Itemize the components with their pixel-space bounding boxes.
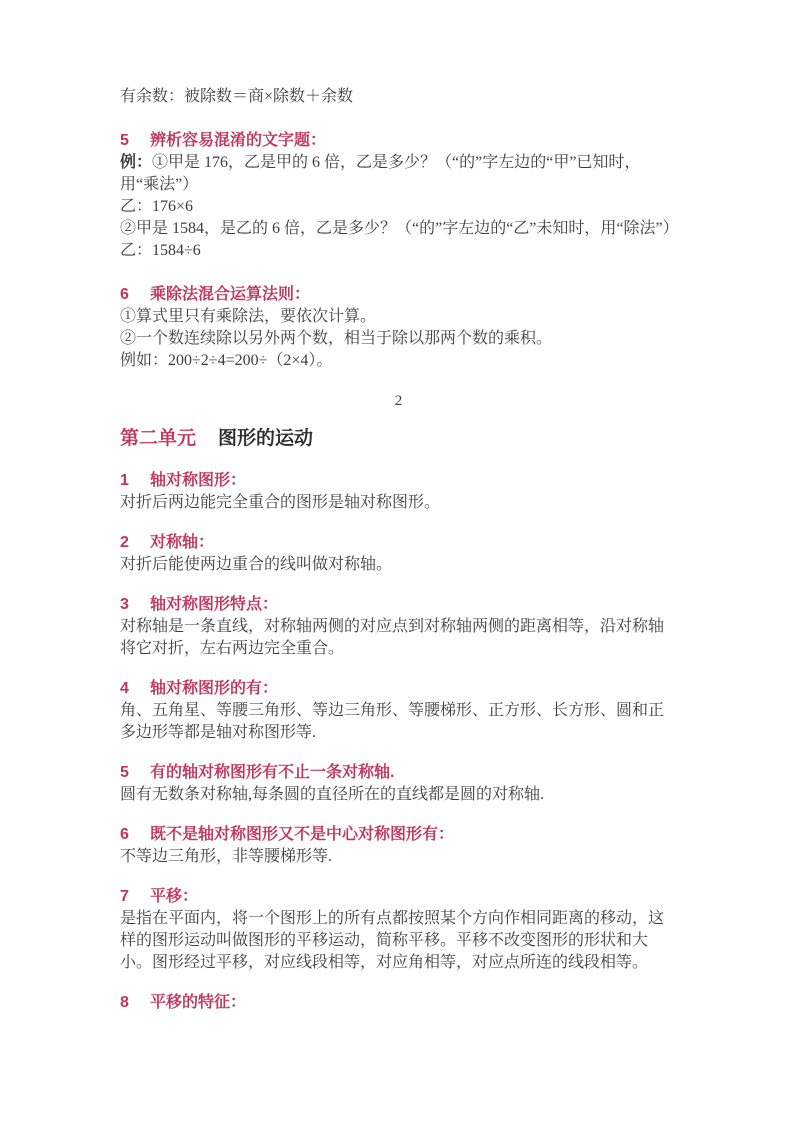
section-number: 5 <box>120 130 150 152</box>
section-title: 轴对称图形： <box>150 472 246 489</box>
paragraph-example: 例：①甲是 176，乙是甲的 6 倍，乙是多少？（“的”字左边的“甲”已知时，用… <box>120 152 677 196</box>
unit-label: 第二单元 <box>120 428 196 449</box>
unit-title-text: 图形的运动 <box>218 428 313 449</box>
section-title: 对称轴： <box>150 534 214 551</box>
section-number: 3 <box>120 594 150 616</box>
section-body: 是指在平面内，将一个图形上的所有点都按照某个方向作相同距离的移动，这样的图形运动… <box>120 908 677 974</box>
u2-section-heading-2: 2对称轴： <box>120 532 677 554</box>
unit-title: 第二单元图形的运动 <box>120 426 677 452</box>
page-content: 有余数：被除数＝商×除数＋余数 5辨析容易混淆的文字题： 例：①甲是 176，乙… <box>120 86 677 1014</box>
section-title: 轴对称图形特点： <box>150 596 278 613</box>
paragraph-lead: 例： <box>120 154 152 171</box>
section-number: 7 <box>120 886 150 908</box>
u2-section-heading-7: 7平移： <box>120 886 677 908</box>
section-body: 圆有无数条对称轴,每条圆的直径所在的直线都是圆的对称轴. <box>120 784 677 806</box>
section-title: 轴对称图形的有： <box>150 680 278 697</box>
paragraph: 例如：200÷2÷4=200÷（2×4）。 <box>120 350 677 372</box>
section-title: 平移： <box>150 888 198 905</box>
section-number: 5 <box>120 762 150 784</box>
paragraph: 乙：176×6 <box>120 196 677 218</box>
section-body: 角、五角星、等腰三角形、等边三角形、等腰梯形、正方形、长方形、圆和正多边形等都是… <box>120 700 677 744</box>
section-heading-5: 5辨析容易混淆的文字题： <box>120 130 677 152</box>
section-title: 平移的特征： <box>150 994 246 1011</box>
section-number: 2 <box>120 532 150 554</box>
section-number: 1 <box>120 470 150 492</box>
section-number: 4 <box>120 678 150 700</box>
section-body: 不等边三角形，非等腰梯形等. <box>120 846 677 868</box>
section-body: 对折后能使两边重合的线叫做对称轴。 <box>120 554 677 576</box>
section-title: 辨析容易混淆的文字题： <box>150 132 326 149</box>
paragraph: ①算式里只有乘除法，要依次计算。 <box>120 306 677 328</box>
u2-section-heading-8: 8平移的特征： <box>120 992 677 1014</box>
paragraph-text: ①甲是 176，乙是甲的 6 倍，乙是多少？（“的”字左边的“甲”已知时，用“乘… <box>120 154 640 193</box>
section-number: 8 <box>120 992 150 1014</box>
u2-section-heading-3: 3轴对称图形特点： <box>120 594 677 616</box>
section-title: 有的轴对称图形有不止一条对称轴. <box>150 764 394 781</box>
u2-section-heading-4: 4轴对称图形的有： <box>120 678 677 700</box>
intro-line: 有余数：被除数＝商×除数＋余数 <box>120 86 677 108</box>
page-number: 2 <box>120 390 677 412</box>
section-title: 乘除法混合运算法则： <box>150 286 310 303</box>
section-title: 既不是轴对称图形又不是中心对称图形有： <box>150 826 454 843</box>
section-number: 6 <box>120 284 150 306</box>
paragraph: ②一个数连续除以另外两个数，相当于除以那两个数的乘积。 <box>120 328 677 350</box>
paragraph: 乙：1584÷6 <box>120 240 677 262</box>
section-body: 对折后两边能完全重合的图形是轴对称图形。 <box>120 492 677 514</box>
u2-section-heading-6: 6既不是轴对称图形又不是中心对称图形有： <box>120 824 677 846</box>
document-page: 有余数：被除数＝商×除数＋余数 5辨析容易混淆的文字题： 例：①甲是 176，乙… <box>0 0 793 1122</box>
u2-section-heading-1: 1轴对称图形： <box>120 470 677 492</box>
section-body: 对称轴是一条直线，对称轴两侧的对应点到对称轴两侧的距离相等，沿对称轴将它对折，左… <box>120 616 677 660</box>
unit2-sections: 1轴对称图形： 对折后两边能完全重合的图形是轴对称图形。 2对称轴： 对折后能使… <box>120 470 677 1014</box>
u2-section-heading-5: 5有的轴对称图形有不止一条对称轴. <box>120 762 677 784</box>
section-heading-6: 6乘除法混合运算法则： <box>120 284 677 306</box>
paragraph: ②甲是 1584，是乙的 6 倍，乙是多少？（“的”字左边的“乙”未知时，用“除… <box>120 218 677 240</box>
section-number: 6 <box>120 824 150 846</box>
